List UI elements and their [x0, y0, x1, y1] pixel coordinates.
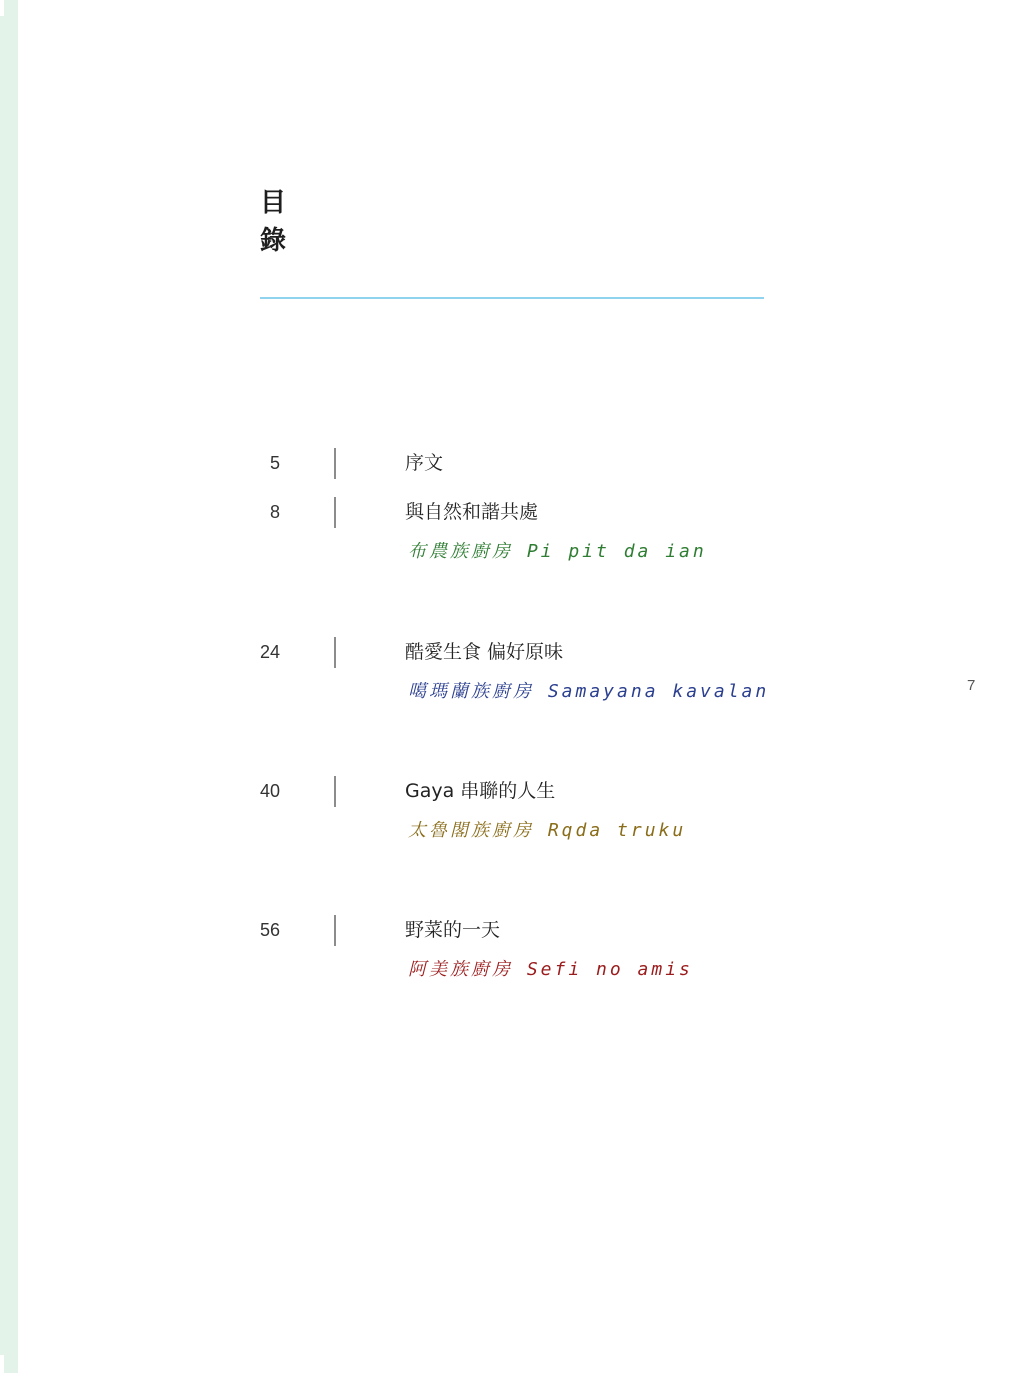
- toc-divider: [334, 776, 336, 807]
- toc-page-number: 24: [260, 640, 300, 664]
- toc-subtitle: 噶瑪蘭族廚房 Samayana kavalan: [408, 680, 769, 704]
- toc-heading[interactable]: Gaya 串聯的人生: [405, 779, 555, 803]
- toc-divider: [334, 915, 336, 946]
- page-title-char-2: 錄: [260, 222, 300, 260]
- toc-divider: [334, 448, 336, 479]
- page-title: 目 錄: [260, 184, 300, 260]
- toc-divider: [334, 637, 336, 668]
- strip-notch-bottom: [0, 1355, 4, 1373]
- toc-page-number: 40: [260, 779, 300, 803]
- strip-notch-top: [0, 0, 4, 16]
- toc-page-number: 8: [270, 500, 310, 524]
- side-color-strip: [0, 0, 18, 1373]
- page-folio-number: 7: [967, 677, 975, 694]
- toc-page-number: 56: [260, 918, 300, 942]
- toc-heading[interactable]: 序文: [405, 451, 443, 475]
- page-title-char-1: 目: [260, 184, 300, 222]
- toc-page-number: 5: [270, 451, 310, 475]
- toc-subtitle: 布農族廚房 Pi pit da ian: [408, 540, 707, 564]
- toc-heading[interactable]: 酷愛生食 偏好原味: [405, 640, 563, 664]
- toc-heading[interactable]: 野菜的一天: [405, 918, 500, 942]
- title-rule: [260, 297, 764, 299]
- toc-divider: [334, 497, 336, 528]
- toc-heading[interactable]: 與自然和諧共處: [405, 500, 538, 524]
- toc-subtitle: 阿美族廚房 Sefi no amis: [408, 958, 693, 982]
- toc-subtitle: 太魯閣族廚房 Rqda truku: [408, 819, 686, 843]
